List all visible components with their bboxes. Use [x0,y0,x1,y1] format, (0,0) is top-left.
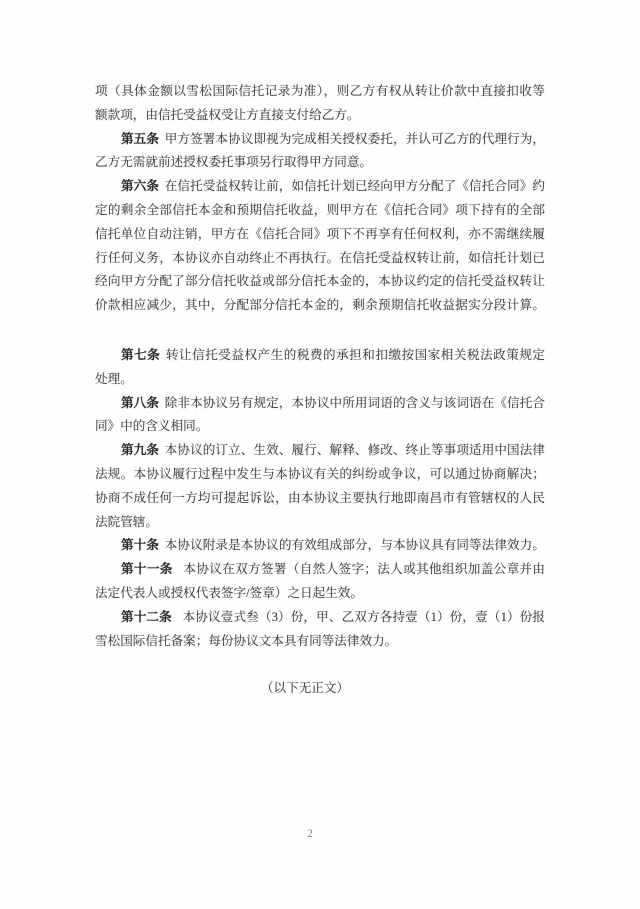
text-line: 第十一条本协议在双方签署（自然人签字；法人或其他组织加盖公章并由 [95,558,545,582]
text-line: 乙方无需就前述授权委托事项另行取得甲方同意。 [95,151,545,175]
line-text: 额款项，由信托受益权受让方直接支付给乙方。 [95,108,359,122]
line-text: 法院管辖。 [95,515,158,529]
line-text: 甲方签署本协议即视为完成相关授权委托，并认可乙方的代理行为， [165,132,545,146]
text-line: 额款项，由信托受益权受让方直接支付给乙方。 [95,104,545,128]
text-line: 处理。 [95,368,545,392]
line-text: 本协议的订立、生效、履行、解释、修改、终止等事项适用中国法律 [165,443,545,457]
text-line: 法院管辖。 [95,511,545,535]
text-line: 信托单位自动注销，甲方在《信托合同》项下不再享有任何权利，亦不需继续履 [95,223,545,247]
clause-number: 第七条 [121,348,160,362]
text-line: 协商不成任何一方均可提起诉讼，由本协议主要执行地即南昌市有管辖权的人民 [95,487,545,511]
line-text: 项（具体金额以雪松国际信托记录为准），则乙方有权从转让价款中直接扣收等 [95,84,545,98]
line-text: 信托单位自动注销，甲方在《信托合同》项下不再享有任何权利，亦不需继续履 [95,227,545,241]
clause-number: 第八条 [121,396,159,410]
text-line: 同》中的含义相同。 [95,415,545,439]
clause-number: 第十条 [121,538,159,552]
no-more-text-notice: （以下无正文） [95,677,515,701]
line-text: 雪松国际信托备案；每份协议文本具有同等法律效力。 [95,634,397,648]
line-text: 经向甲方分配了部分信托收益或部分信托本金的，本协议约定的信托受益权转让 [95,274,545,288]
text-line: 法规。本协议履行过程中发生与本协议有关的纠纷或争议，可以通过协商解决； [95,463,545,487]
clause-number: 第九条 [121,443,159,457]
text-line: 项（具体金额以雪松国际信托记录为准），则乙方有权从转让价款中直接扣收等 [95,80,545,104]
clause-number: 第六条 [121,179,159,193]
clause-number: 第十一条 [121,562,173,576]
text-line: 价款相应减少，其中，分配部分信托本金的，剩余预期信托收益据实分段计算。 [95,294,545,318]
line-text: 同》中的含义相同。 [95,419,208,433]
text-line: 第十条本协议附录是本协议的有效组成部分，与本协议具有同等法律效力。 [95,534,545,558]
text-line: 第九条本协议的订立、生效、履行、解释、修改、终止等事项适用中国法律 [95,439,545,463]
line-text: 行任何义务，本协议亦自动终止不再执行。在信托受益权转让前，如信托计划已 [95,251,545,265]
text-line: 行任何义务，本协议亦自动终止不再执行。在信托受益权转让前，如信托计划已 [95,247,545,271]
line-text: 本协议在双方签署（自然人签字；法人或其他组织加盖公章并由 [183,562,545,576]
text-line: 第六条在信托受益权转让前，如信托计划已经向甲方分配了《信托合同》约 [95,175,545,199]
document-text-block: 项（具体金额以雪松国际信托记录为准），则乙方有权从转让价款中直接扣收等 额款项，… [95,80,545,701]
line-text: 处理。 [95,372,133,386]
text-line: 第八条除非本协议另有规定，本协议中所用词语的含义与该词语在《信托合 [95,392,545,416]
line-text: 定的剩余全部信托本金和预期信托收益，则甲方在《信托合同》项下持有的全部 [95,203,545,217]
text-line: 雪松国际信托备案；每份协议文本具有同等法律效力。 [95,630,545,654]
line-text: 协商不成任何一方均可提起诉讼，由本协议主要执行地即南昌市有管辖权的人民 [95,491,545,505]
line-text: 法定代表人或授权代表签字/签章）之日起生效。 [95,586,363,600]
line-text: 除非本协议另有规定，本协议中所用词语的含义与该词语在《信托合 [165,396,545,410]
page-number: 2 [0,828,620,840]
line-text: 乙方无需就前述授权委托事项另行取得甲方同意。 [95,155,372,169]
document-page: 项（具体金额以雪松国际信托记录为准），则乙方有权从转让价款中直接扣收等 额款项，… [0,0,640,909]
text-line: 第十二条本协议壹式叁（3）份，甲、乙双方各持壹（1）份，壹（1）份报 [95,606,545,630]
text-line: 经向甲方分配了部分信托收益或部分信托本金的，本协议约定的信托受益权转让 [95,270,545,294]
line-text: 转让信托受益权产生的税费的承担和扣缴按国家相关税法政策规定 [166,348,545,362]
line-text: 价款相应减少，其中，分配部分信托本金的，剩余预期信托收益据实分段计算。 [95,298,545,312]
line-text: 在信托受益权转让前，如信托计划已经向甲方分配了《信托合同》约 [165,179,545,193]
text-line: 第五条甲方签署本协议即视为完成相关授权委托，并认可乙方的代理行为， [95,128,545,152]
line-text: 本协议壹式叁（3）份，甲、乙双方各持壹（1）份，壹（1）份报 [183,610,545,624]
line-text: 本协议附录是本协议的有效组成部分，与本协议具有同等法律效力。 [165,538,545,552]
line-text: 法规。本协议履行过程中发生与本协议有关的纠纷或争议，可以通过协商解决； [95,467,545,481]
line-text: （以下无正文） [261,681,349,695]
clause-number: 第十二条 [121,610,172,624]
clause-number: 第五条 [121,132,159,146]
text-line: 定的剩余全部信托本金和预期信托收益，则甲方在《信托合同》项下持有的全部 [95,199,545,223]
text-line: 法定代表人或授权代表签字/签章）之日起生效。 [95,582,545,606]
text-line: 第七条转让信托受益权产生的税费的承担和扣缴按国家相关税法政策规定 [95,344,545,368]
